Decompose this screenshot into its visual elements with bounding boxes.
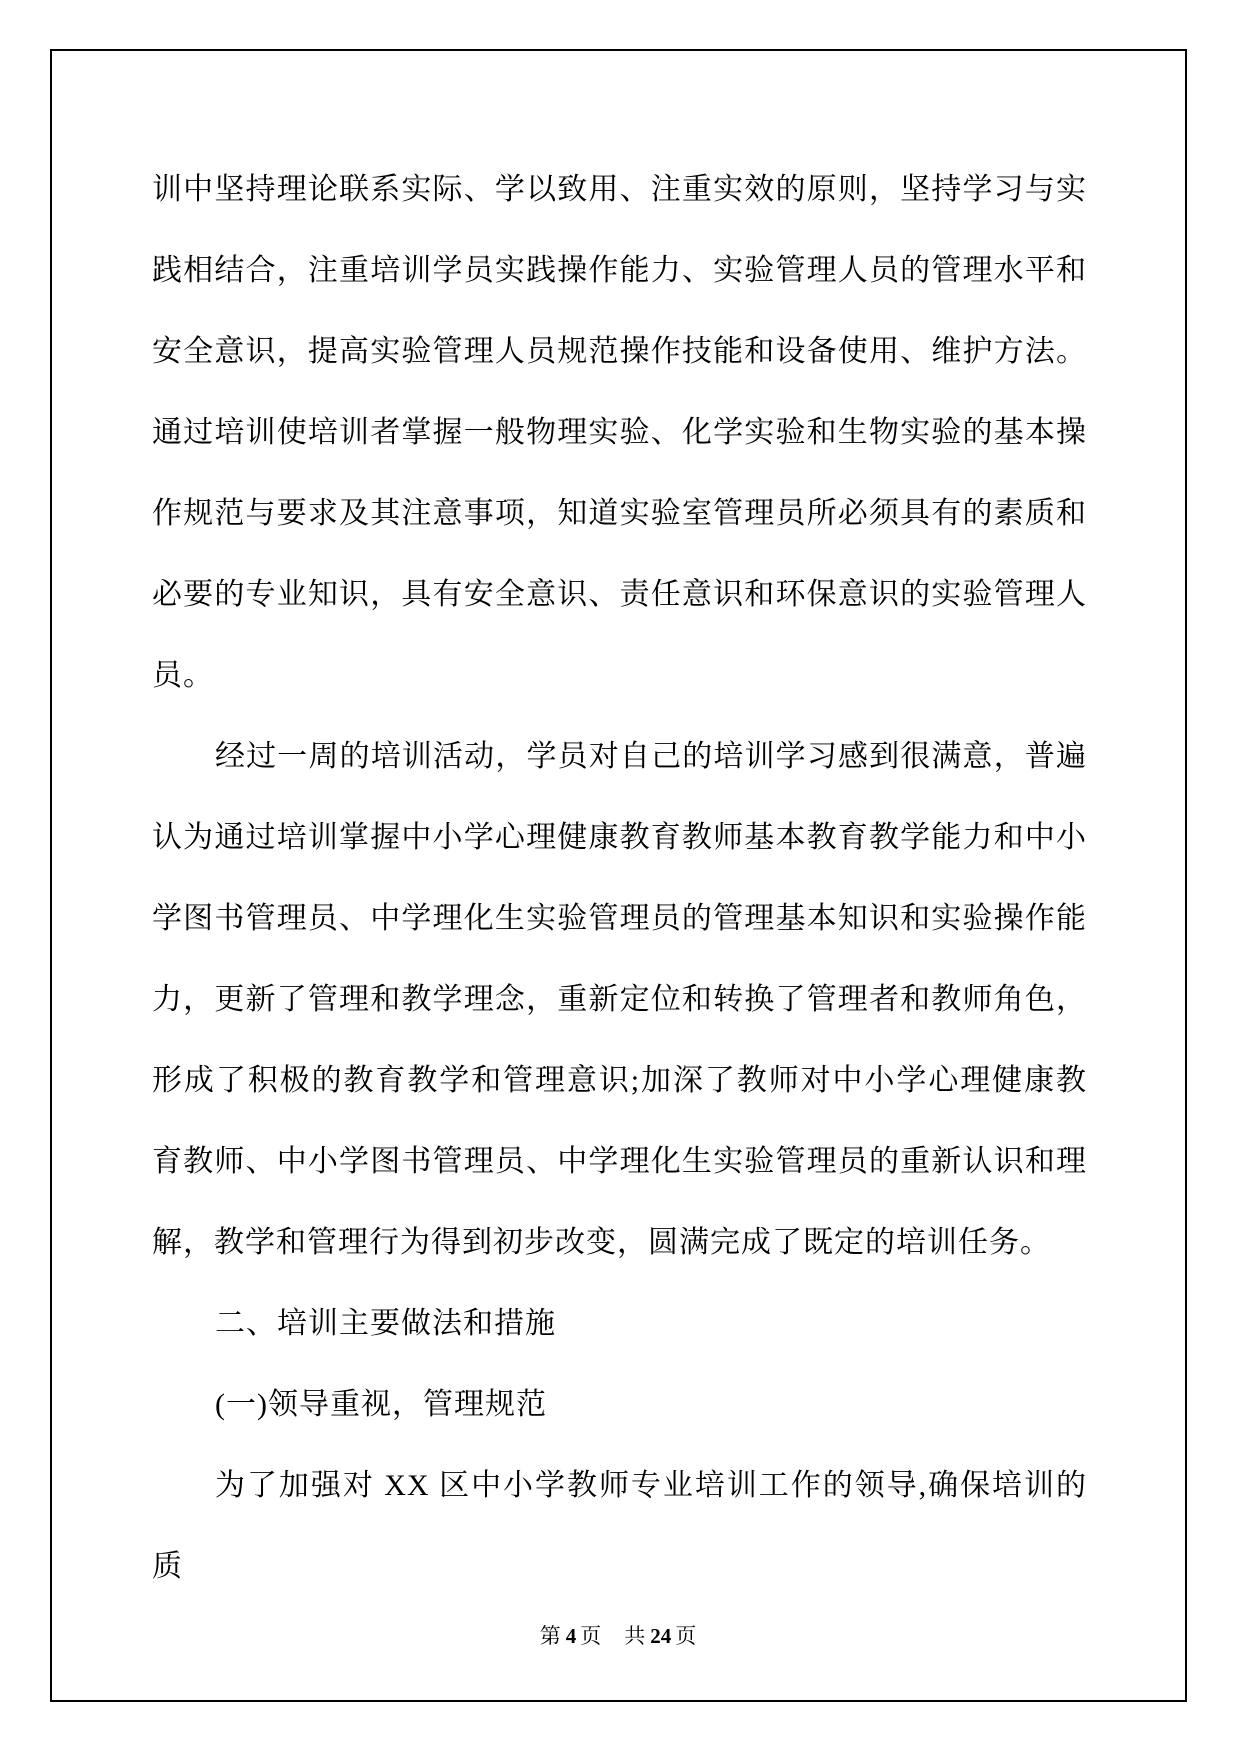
section-heading: 二、培训主要做法和措施 [152,1283,1087,1364]
document-page: 训中坚持理论联系实际、学以致用、注重实效的原则，坚持学习与实践相结合，注重培训学… [0,0,1241,1754]
page-border: 训中坚持理论联系实际、学以致用、注重实效的原则，坚持学习与实践相结合，注重培训学… [50,49,1187,1702]
total-label-suffix: 页 [675,1624,697,1648]
paragraph: 经过一周的培训活动，学员对自己的培训学习感到很满意，普遍认为通过培训掌握中小学心… [152,716,1087,1283]
page-footer: 第4页共24页 [52,1623,1185,1649]
total-label-prefix: 共 [624,1624,646,1648]
paragraph-continuation: 训中坚持理论联系实际、学以致用、注重实效的原则，坚持学习与实践相结合，注重培训学… [152,149,1087,716]
page-body-text: 训中坚持理论联系实际、学以致用、注重实效的原则，坚持学习与实践相结合，注重培训学… [152,149,1087,1607]
current-page-number: 4 [566,1624,577,1648]
subsection-heading: (一)领导重视，管理规范 [152,1364,1087,1445]
page-label-suffix: 页 [580,1624,602,1648]
total-page-count: 24 [650,1624,671,1648]
paragraph: 为了加强对 XX 区中小学教师专业培训工作的领导,确保培训的质 [152,1445,1087,1607]
page-label-prefix: 第 [540,1624,562,1648]
